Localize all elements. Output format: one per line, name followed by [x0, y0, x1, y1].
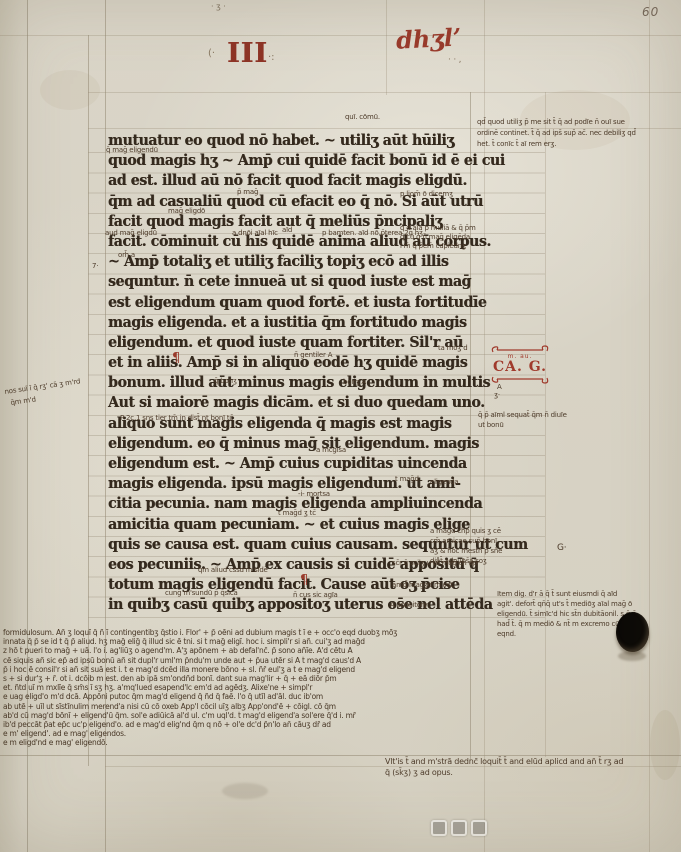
scan-vignette — [0, 0, 681, 852]
